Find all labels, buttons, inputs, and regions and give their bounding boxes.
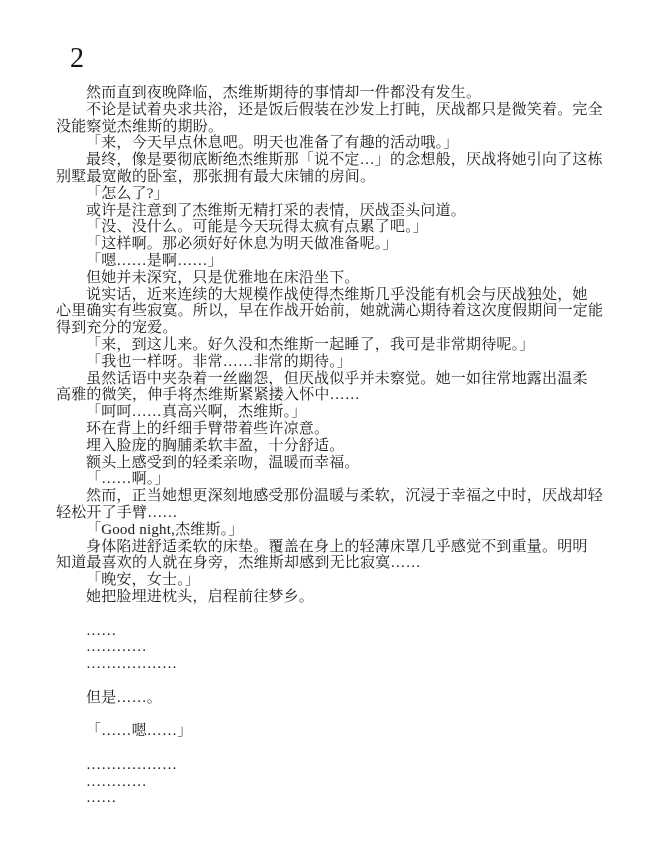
text-line: 轻松开了手臂…… [56, 505, 596, 522]
text-line: 虽然话语中夹杂着一丝幽怨，但厌战似乎并未察觉。她一如往常地露出温柔 [56, 371, 596, 388]
text-line: 埋入脸庞的胸脯柔软丰盈，十分舒适。 [56, 438, 596, 455]
text-line: 最终，像是要彻底断绝杰维斯那「说不定…」的念想般，厌战将她引向了这栋 [56, 152, 596, 169]
body-text: 然而直到夜晚降临，杰维斯期待的事情却一件都没有发生。不论是试着央求共浴，还是饭后… [56, 85, 596, 807]
page-number: 2 [70, 44, 84, 74]
text-line: 环在背上的纤细手臂带着些许凉意。 [56, 421, 596, 438]
text-line: …… [56, 623, 596, 640]
text-line: …… [56, 790, 596, 807]
text-line: 但她并未深究，只是优雅地在床沿坐下。 [56, 270, 596, 287]
blank-line [56, 606, 596, 623]
text-line: 「来，今天早点休息吧。明天也准备了有趣的活动哦。」 [56, 135, 596, 152]
text-line: 「我也一样呀。非常……非常的期待。」 [56, 354, 596, 371]
text-line: 别墅最宽敞的卧室，那张拥有最大床铺的房间。 [56, 169, 596, 186]
blank-line [56, 740, 596, 757]
text-line: 她把脸埋进枕头，启程前往梦乡。 [56, 589, 596, 606]
text-line: 心里确实有些寂寞。所以，早在作战开始前，她就满心期待着这次度假期间一定能 [56, 303, 596, 320]
text-line: 「呵呵……真高兴啊，杰维斯。」 [56, 404, 596, 421]
text-line: 但是……。 [56, 690, 596, 707]
blank-line [56, 706, 596, 723]
text-line: 「……啊。」 [56, 471, 596, 488]
text-line: 「晚安，女士。」 [56, 572, 596, 589]
text-line: 「……嗯……」 [56, 723, 596, 740]
text-line: 「怎么了?」 [56, 186, 596, 203]
blank-line [56, 673, 596, 690]
text-line: 「Good night,杰维斯。」 [56, 522, 596, 539]
text-line: 或许是注意到了杰维斯无精打采的表情，厌战歪头问道。 [56, 203, 596, 220]
text-line: 「这样啊。那必须好好休息为明天做准备呢。」 [56, 236, 596, 253]
text-line: 「嗯……是啊……」 [56, 253, 596, 270]
text-line: ………… [56, 639, 596, 656]
text-line: 不论是试着央求共浴，还是饭后假装在沙发上打盹，厌战都只是微笑着。完全 [56, 102, 596, 119]
text-line: 说实话，近来连续的大规模作战使得杰维斯几乎没能有机会与厌战独处，她 [56, 287, 596, 304]
book-page: 2 然而直到夜晚降临，杰维斯期待的事情却一件都没有发生。不论是试着央求共浴，还是… [0, 0, 650, 850]
text-line: 「来，到这儿来。好久没和杰维斯一起睡了，我可是非常期待呢。」 [56, 337, 596, 354]
text-line: 高雅的微笑，伸手将杰维斯紧紧搂入怀中…… [56, 387, 596, 404]
text-line: 得到充分的宠爱。 [56, 320, 596, 337]
text-line: 知道最喜欢的人就在身旁，杰维斯却感到无比寂寞…… [56, 555, 596, 572]
text-line: ………… [56, 774, 596, 791]
text-line: 没能察觉杰维斯的期盼。 [56, 119, 596, 136]
text-line: ……………… [56, 656, 596, 673]
text-line: 「没、没什么。可能是今天玩得太疯有点累了吧。」 [56, 219, 596, 236]
text-line: 额头上感受到的轻柔亲吻，温暖而幸福。 [56, 455, 596, 472]
text-line: 然而直到夜晚降临，杰维斯期待的事情却一件都没有发生。 [56, 85, 596, 102]
text-line: ……………… [56, 757, 596, 774]
text-line: 然而，正当她想更深刻地感受那份温暖与柔软，沉浸于幸福之中时，厌战却轻 [56, 488, 596, 505]
text-line: 身体陷进舒适柔软的床垫。覆盖在身上的轻薄床罩几乎感觉不到重量。明明 [56, 539, 596, 556]
